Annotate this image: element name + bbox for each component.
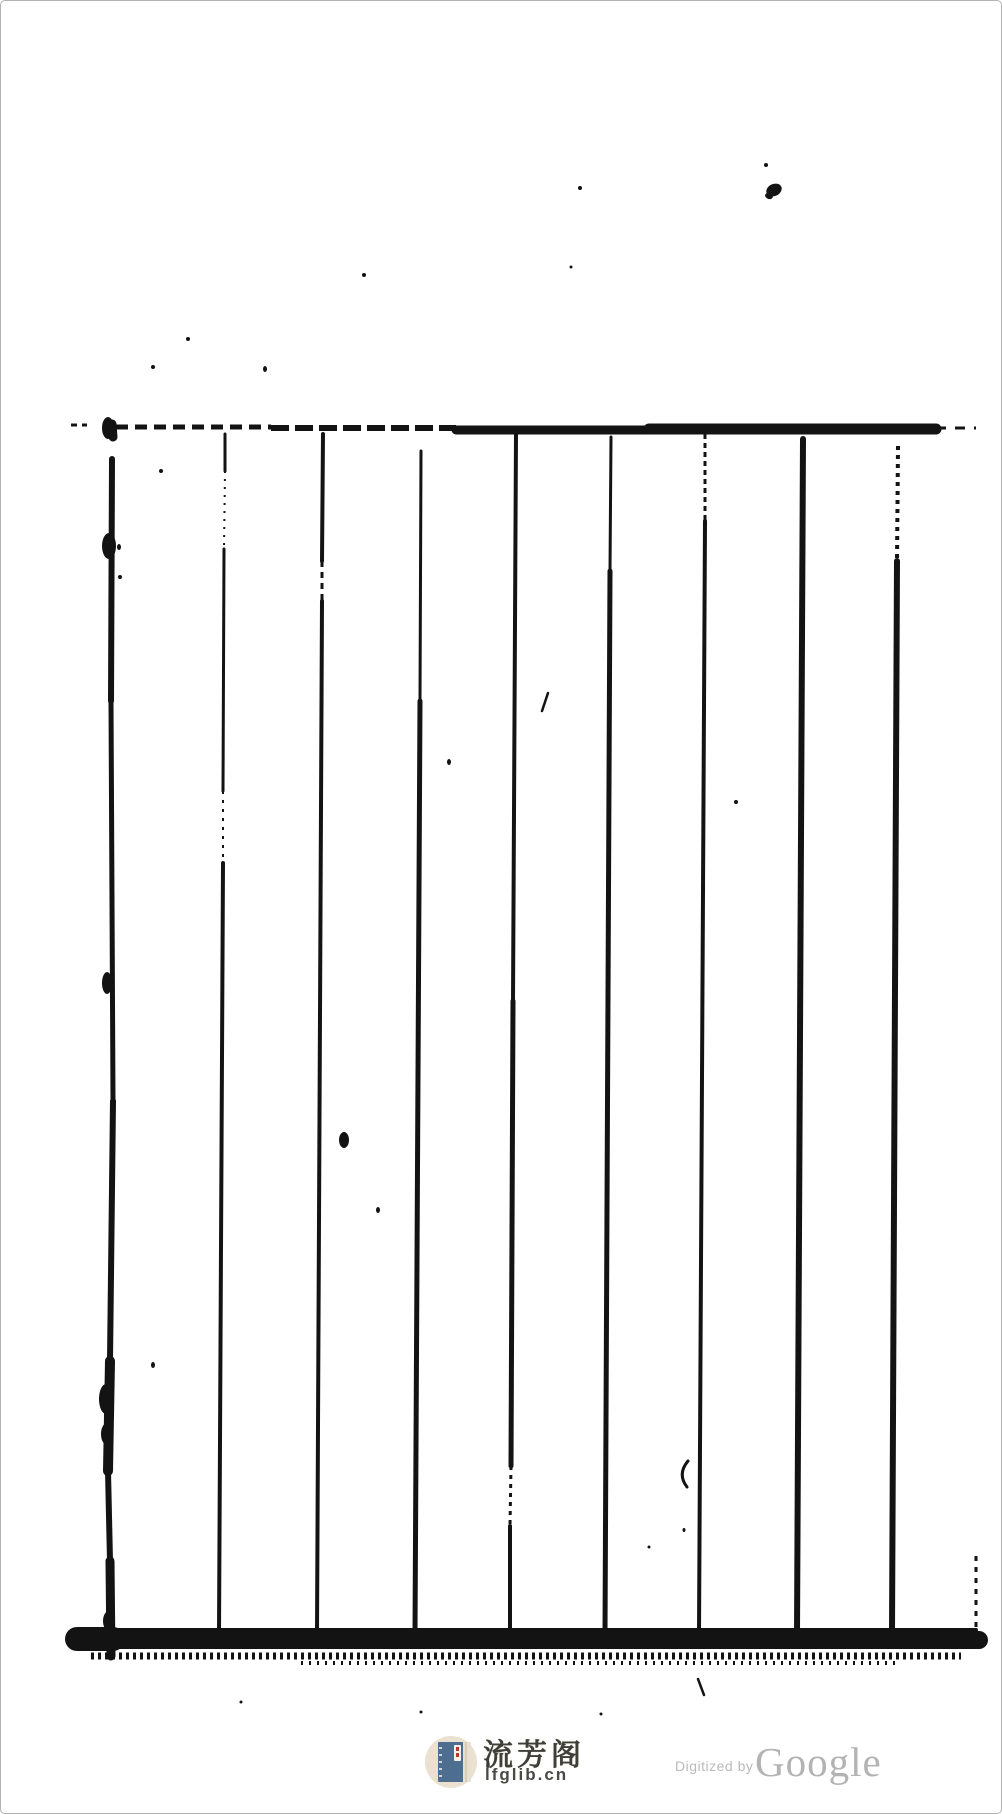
page-frame-scan [1,1,1002,1814]
scanned-book-page: 流芳阁 lfglib.cn Digitized by Google [0,0,1002,1814]
